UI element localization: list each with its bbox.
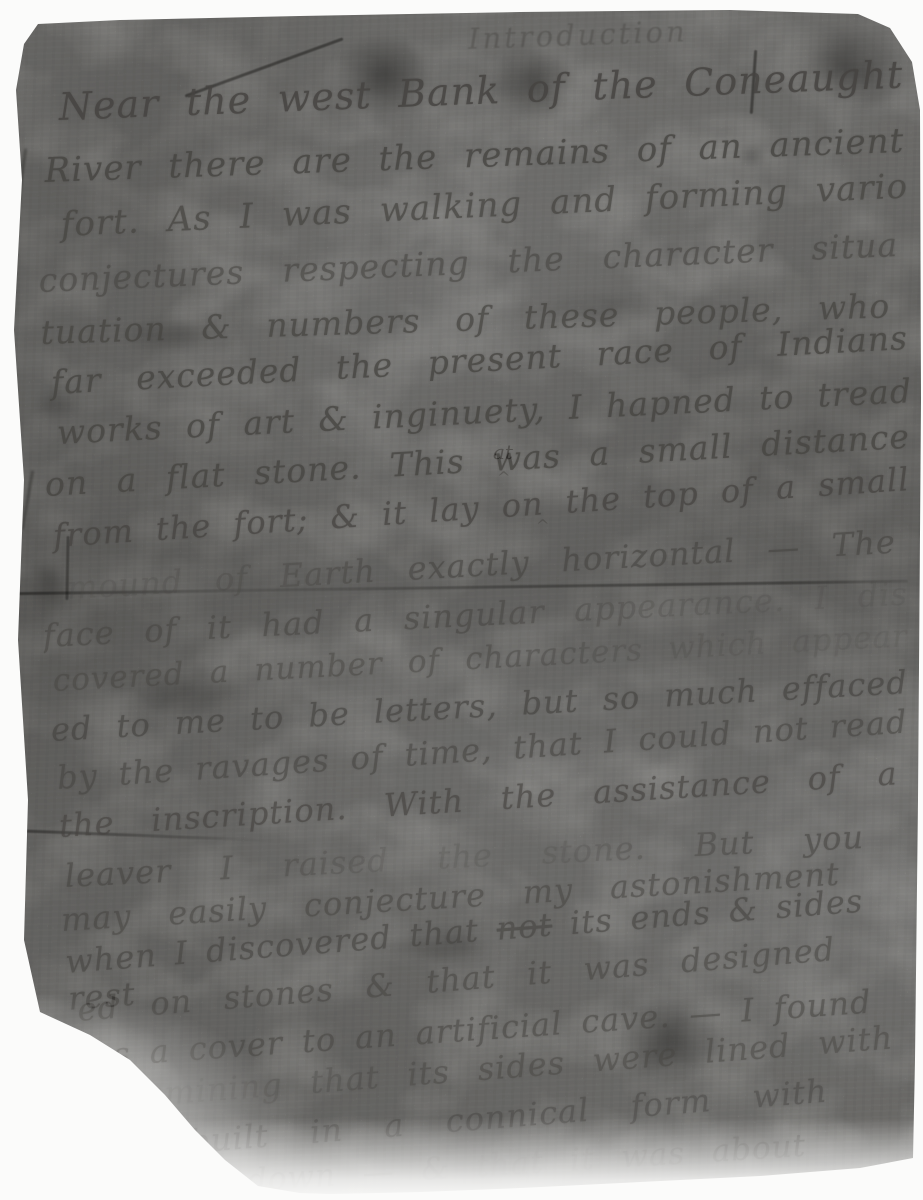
page-heading: Introduction (467, 14, 688, 56)
insertion-caret: ^ (497, 468, 510, 487)
margin-mark (3, 372, 19, 522)
left-edge-shadow (0, 0, 10, 1200)
inserted-word-above-line: at (493, 440, 513, 464)
margin-mark (2, 696, 16, 776)
struck-word: not (495, 906, 553, 948)
bottom-edge-fade (0, 1118, 923, 1200)
manuscript-line: Near the west Bank of the Coneaught (58, 54, 904, 130)
manuscript-scan: Introduction Near the west Bank of the C… (0, 0, 923, 1200)
margin-mark (12, 892, 22, 962)
insertion-caret: ^ (536, 516, 549, 535)
paper-sheet: Introduction Near the west Bank of the C… (0, 0, 923, 1200)
